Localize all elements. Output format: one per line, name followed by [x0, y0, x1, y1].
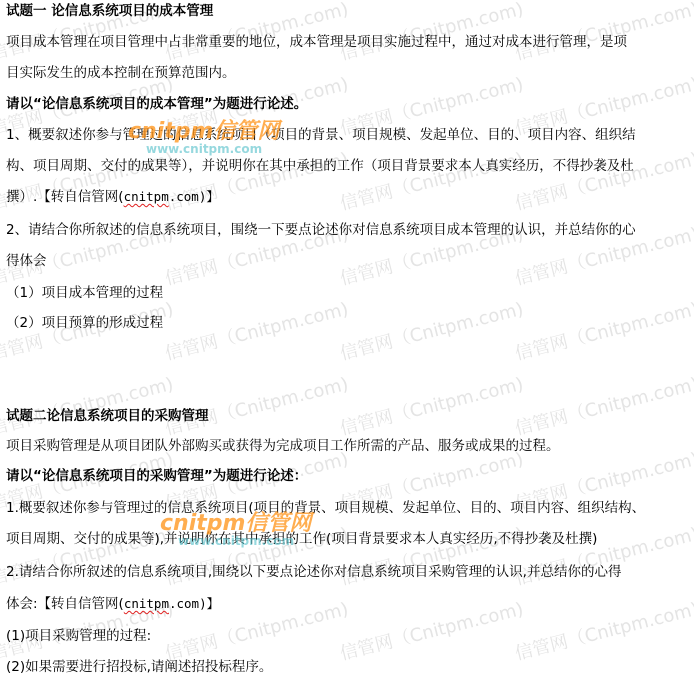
watermark-text: 信管网（Cnitpm.com) [337, 595, 526, 666]
q2-title: 试题二论信息系统项目的采购管理 [6, 408, 209, 424]
watermark-text: 信管网（Cnitpm.com) [337, 295, 526, 366]
q1-item2-line2: 得体会 [6, 253, 47, 269]
q1-prompt: 请以“论信息系统项目的成本管理”为题进行论述。 [6, 96, 307, 112]
watermark-text: 信管网（Cnitpm.com) [512, 370, 694, 441]
q2-item1-line2: 项目周期、交付的成果等),并说明你在其中承担的工作(项目背景要求本人真实经历,不… [6, 531, 597, 547]
q2-prompt: 请以“论信息系统项目的采购管理”为题进行论述： [6, 468, 307, 484]
watermark-text: 信管网（Cnitpm.com) [337, 370, 526, 441]
q1-intro-line1: 项目成本管理在项目管理中占非常重要的地位，成本管理是项目实施过程中，通过对成本进… [6, 34, 627, 50]
watermark-text: 信管网（Cnitpm.com) [512, 595, 694, 666]
q1-item1-line2: 构、项目周期、交付的成果等），并说明你在其中承担的工作（项目背景要求本人真实经历… [6, 158, 634, 174]
q1-source-prefix: 撰）.【转自信管网( [6, 189, 124, 205]
q1-sub1: （1）项目成本管理的过程 [6, 285, 163, 301]
q1-sub2: （2）项目预算的形成过程 [6, 315, 163, 331]
source-link[interactable]: cnitpm [124, 596, 169, 611]
q1-title: 试题一 论信息系统项目的成本管理 [6, 3, 213, 19]
q2-sub2: (2)如果需要进行招投标,请阐述招投标程序。 [6, 659, 272, 675]
watermark-text: 信管网（Cnitpm.com) [162, 295, 351, 366]
q2-source-suffix: .com)】 [169, 596, 219, 611]
q1-item1-line1: 1、概要叙述你参与管理过的信息系统项目（项目的背景、项目规模、发起单位、目的、项… [6, 127, 636, 143]
q1-source-suffix: .com)】 [169, 189, 219, 204]
watermark-text: 信管网（Cnitpm.com) [512, 145, 694, 216]
q1-intro-line2: 目实际发生的成本控制在预算范围内。 [6, 65, 236, 81]
q2-source-prefix: 体会:【转自信管网( [6, 596, 124, 612]
q2-item2-line1: 2.请结合你所叙述的信息系统项目,围绕以下要点论述你对信息系统项目采购管理的认识… [6, 564, 621, 580]
logo-url-text: www.cnitpm.com [146, 143, 279, 155]
watermark-text: 信管网（Cnitpm.com) [512, 295, 694, 366]
watermark-text: 信管网（Cnitpm.com) [162, 370, 351, 441]
watermark-text: 信管网（Cnitpm.com) [337, 145, 526, 216]
q2-sub1: (1)项目采购管理的过程: [6, 628, 151, 644]
watermark-text: 信管网（Cnitpm.com) [0, 370, 176, 441]
watermark-text: 信管网（Cnitpm.com) [162, 145, 351, 216]
source-link[interactable]: cnitpm [124, 189, 169, 204]
q2-item1-line1: 1.概要叙述你参与管理过的信息系统项目(项目的背景、项目规模、发起单位、目的、项… [6, 500, 645, 516]
q2-item2-line2: 体会:【转自信管网(cnitpm.com)】 [6, 596, 219, 612]
watermark-text: 信管网（Cnitpm.com) [512, 0, 694, 66]
q1-item2-line1: 2、请结合你所叙述的信息系统项目，围绕一下要点论述你对信息系统项目成本管理的认识… [6, 222, 636, 238]
q1-item1-line3: 撰）.【转自信管网(cnitpm.com)】 [6, 189, 219, 205]
q2-intro: 项目采购管理是从项目团队外部购买或获得为完成项目工作所需的产品、服务或成果的过程… [6, 438, 560, 454]
watermark-text: 信管网（Cnitpm.com) [0, 145, 176, 216]
watermark-text: 信管网（Cnitpm.com) [337, 0, 526, 66]
